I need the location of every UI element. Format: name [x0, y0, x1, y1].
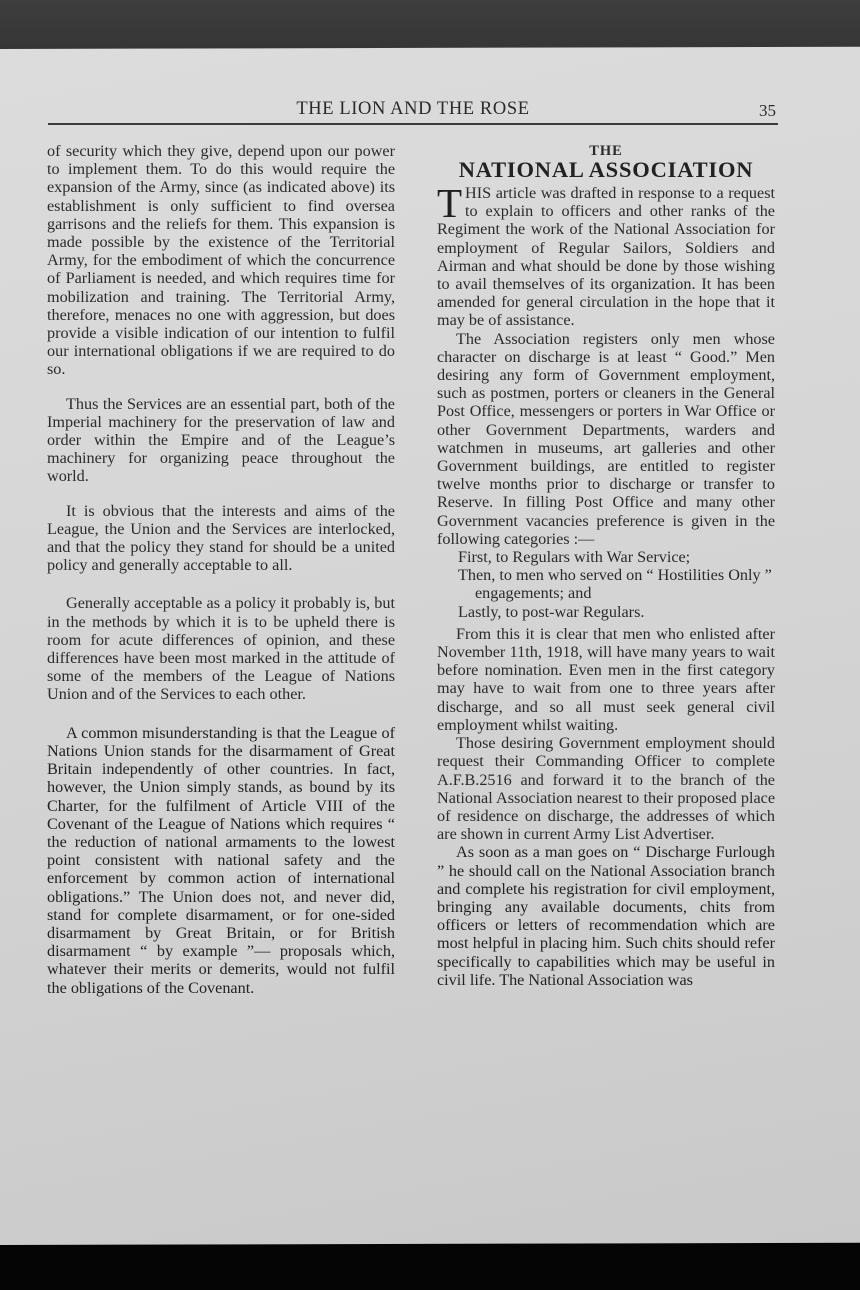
left-column: of security which they give, depend upon… — [47, 142, 395, 997]
article-title: NATIONAL ASSOCIATION — [437, 158, 775, 182]
scan-backdrop-top — [0, 0, 860, 52]
header-rule — [48, 123, 778, 125]
paragraph-common-misunderstanding: A common misunderstanding is that the Le… — [47, 724, 395, 997]
paragraph-as-soon: As soon as a man goes on “ Discharge Fur… — [437, 843, 775, 989]
paragraph-registers: The Association registers only men whose… — [437, 330, 775, 548]
scan-backdrop-bottom — [0, 1240, 860, 1290]
paragraph-those-desiring: Those desiring Government employment sho… — [437, 734, 775, 843]
category-item-then: Then, to men who served on “ Hostilities… — [437, 566, 775, 602]
paragraph-security: of security which they give, depend upon… — [47, 142, 395, 379]
running-title: THE LION AND THE ROSE — [48, 99, 778, 120]
category-item-lastly: Lastly, to post-war Regulars. — [437, 603, 775, 621]
intro-text: HIS article was drafted in response to a… — [437, 184, 775, 329]
paragraph-generally-acceptable: Generally acceptable as a policy it prob… — [47, 594, 395, 703]
drop-cap: T — [437, 184, 462, 220]
paragraph-interests-interlocked: It is obvious that the interests and aim… — [47, 502, 395, 575]
article-kicker: THE — [437, 144, 775, 158]
right-column: THE NATIONAL ASSOCIATION THIS article wa… — [437, 144, 775, 989]
running-head: THE LION AND THE ROSE 35 — [48, 99, 778, 123]
category-item-first: First, to Regulars with War Service; — [437, 548, 775, 566]
paragraph-services-essential: Thus the Services are an essential part,… — [47, 395, 395, 486]
paragraph-intro: THIS article was drafted in response to … — [437, 184, 775, 330]
paragraph-from-this: From this it is clear that men who enlis… — [437, 625, 775, 734]
page-number: 35 — [759, 101, 776, 121]
